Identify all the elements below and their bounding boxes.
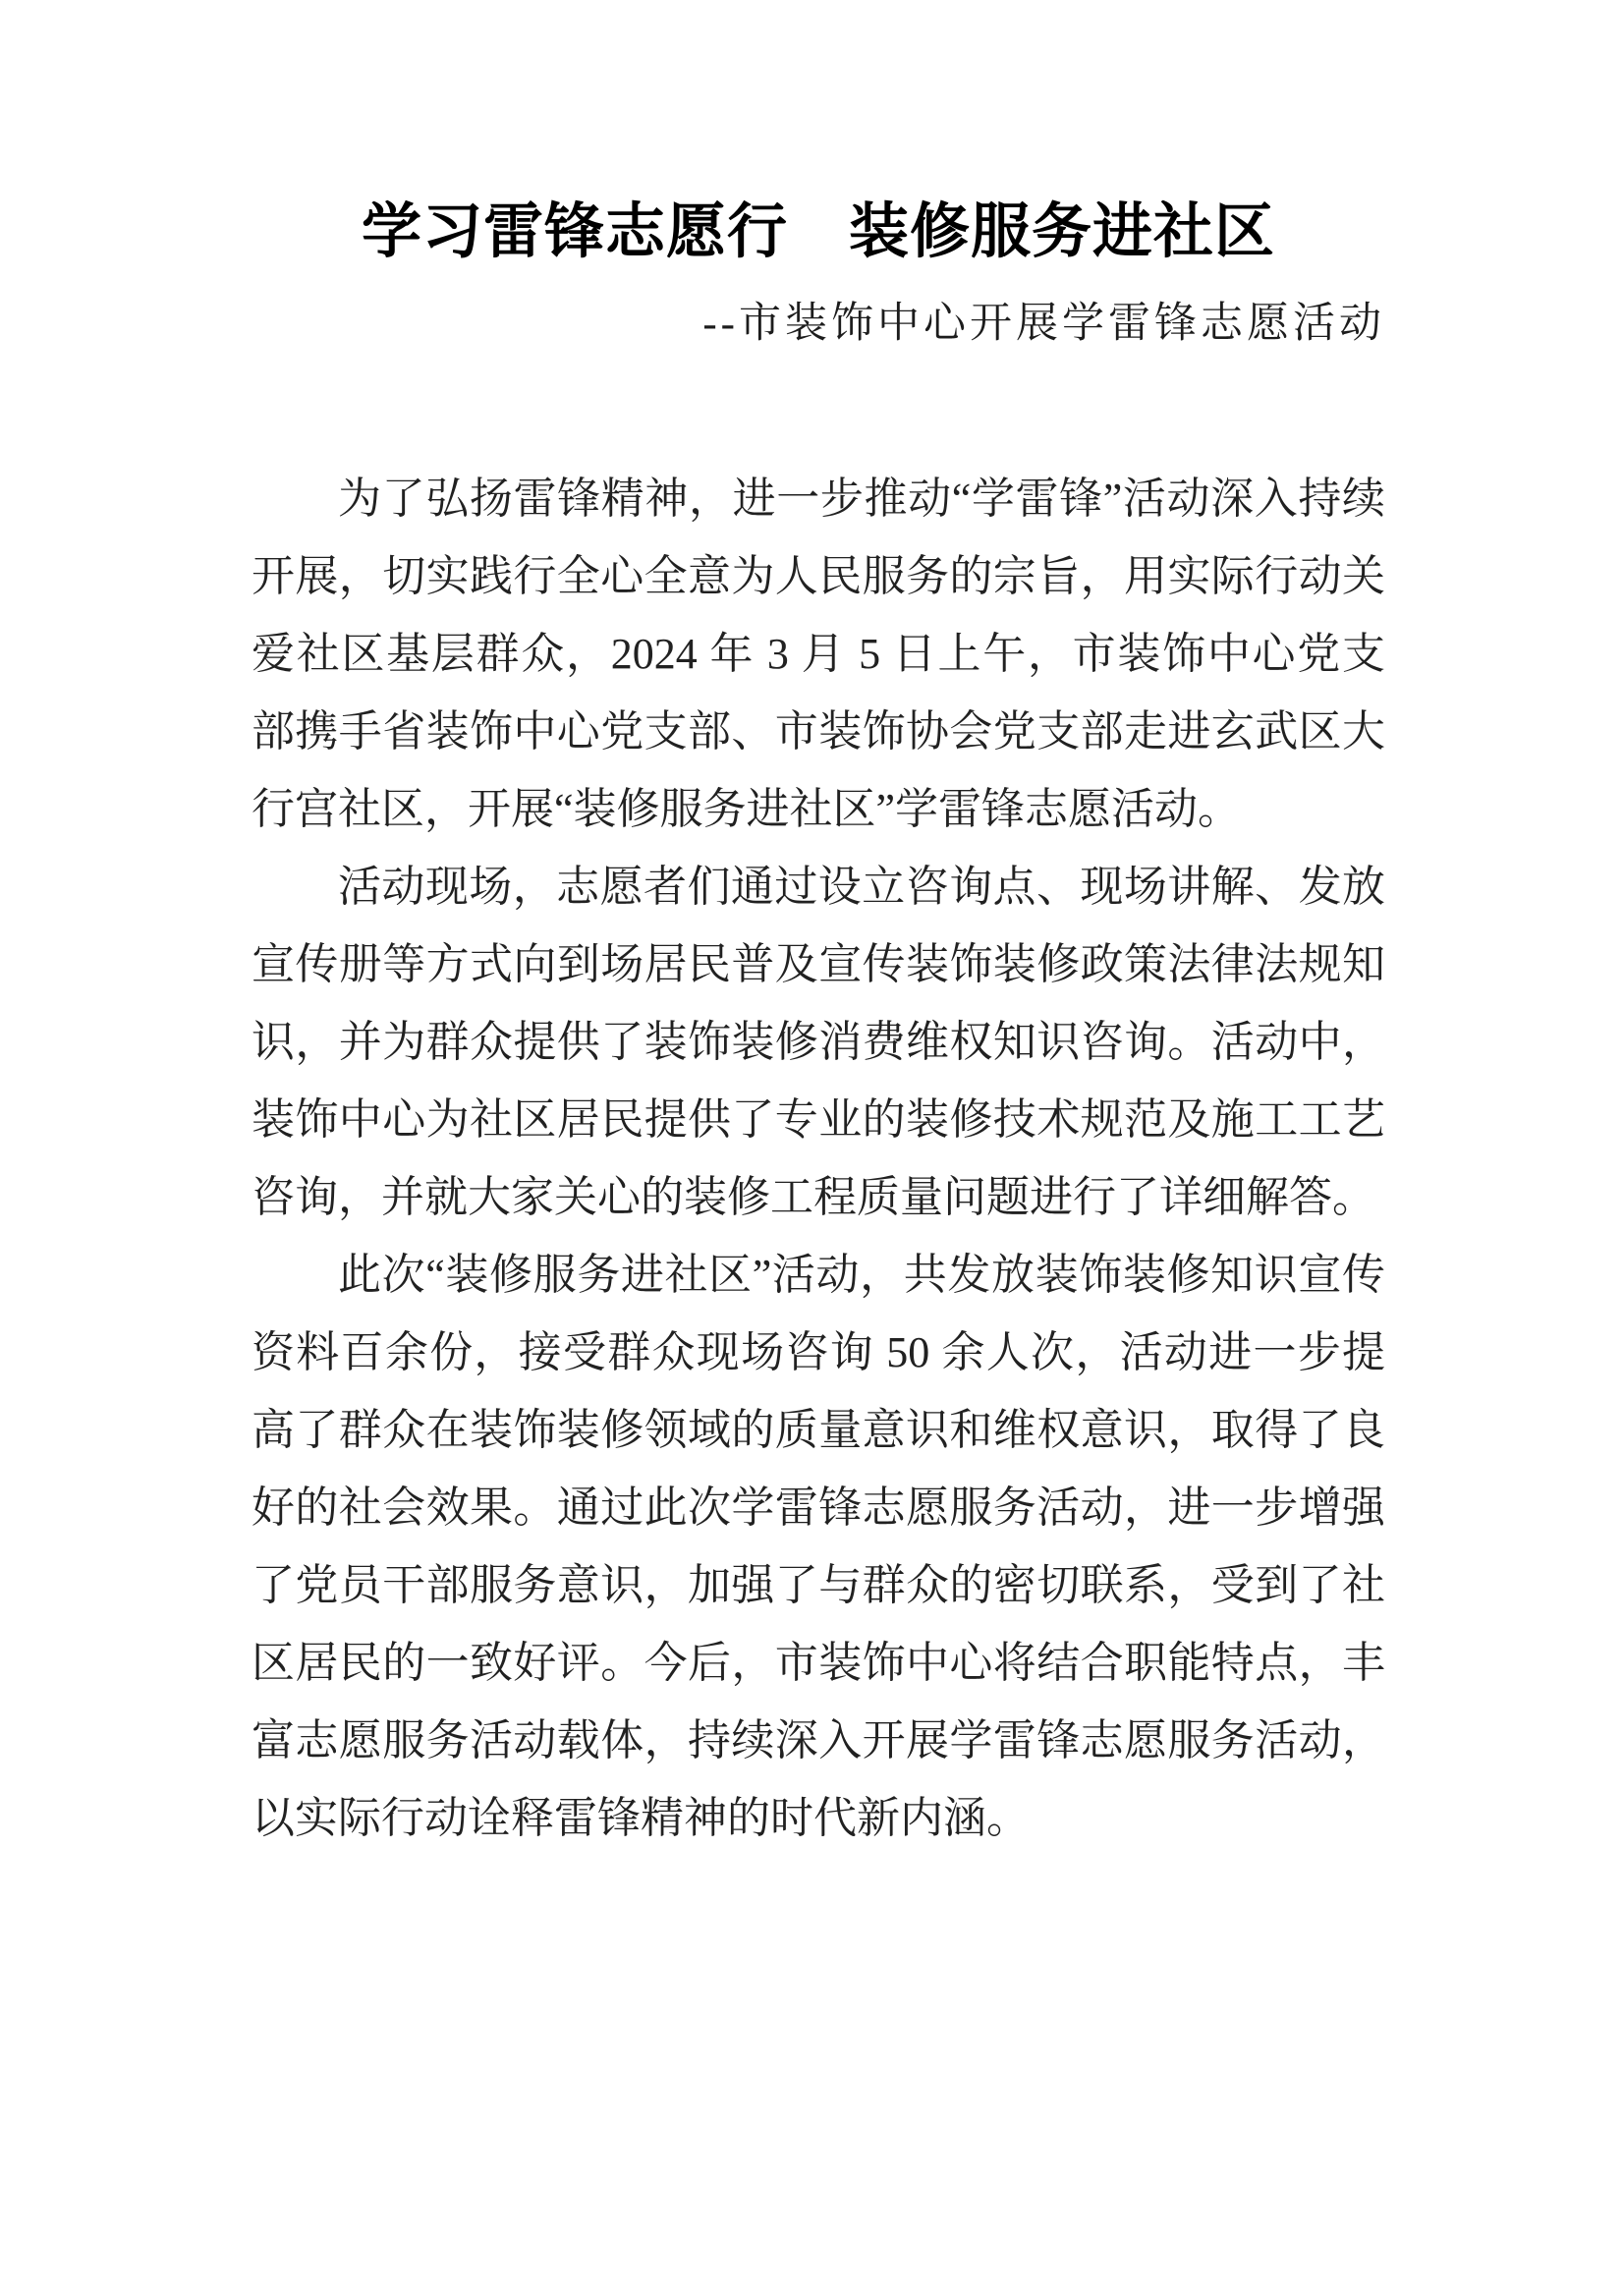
document-subtitle: --市装饰中心开展学雷锋志愿活动 xyxy=(252,299,1385,350)
paragraph-2: 活动现场，志愿者们通过设立咨询点、现场讲解、发放宣传册等方式向到场居民普及宣传装… xyxy=(252,848,1385,1236)
document-page: 学习雷锋志愿行 装修服务进社区 --市装饰中心开展学雷锋志愿活动 为了弘扬雷锋精… xyxy=(0,0,1623,2296)
document-content: 学习雷锋志愿行 装修服务进社区 --市装饰中心开展学雷锋志愿活动 为了弘扬雷锋精… xyxy=(252,198,1385,1857)
document-title: 学习雷锋志愿行 装修服务进社区 xyxy=(252,198,1385,267)
paragraph-1: 为了弘扬雷锋精神，进一步推动“学雷锋”活动深入持续开展，切实践行全心全意为人民服… xyxy=(252,460,1385,848)
document-body: 为了弘扬雷锋精神，进一步推动“学雷锋”活动深入持续开展，切实践行全心全意为人民服… xyxy=(252,460,1385,1857)
paragraph-3: 此次“装修服务进社区”活动，共发放装饰装修知识宣传资料百余份，接受群众现场咨询 … xyxy=(252,1236,1385,1857)
